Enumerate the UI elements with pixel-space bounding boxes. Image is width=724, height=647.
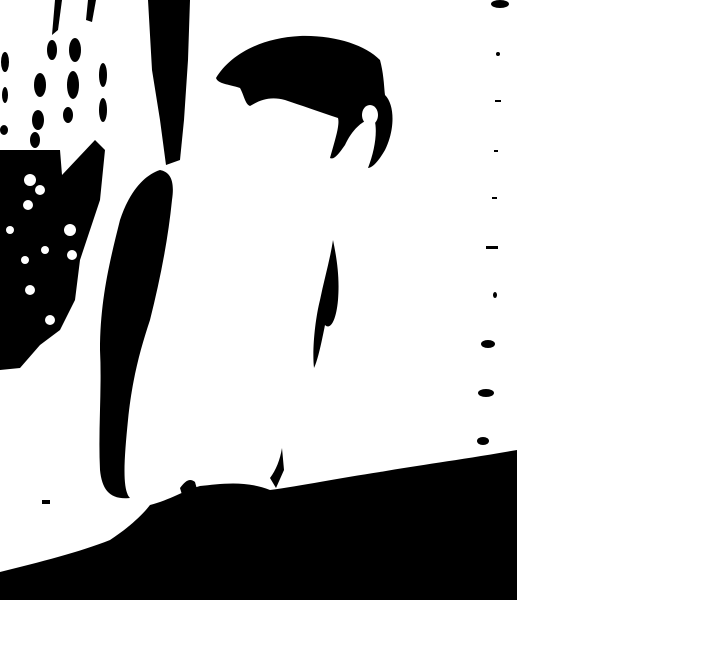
parrot-photo: [0, 0, 517, 600]
photo: [0, 0, 517, 600]
